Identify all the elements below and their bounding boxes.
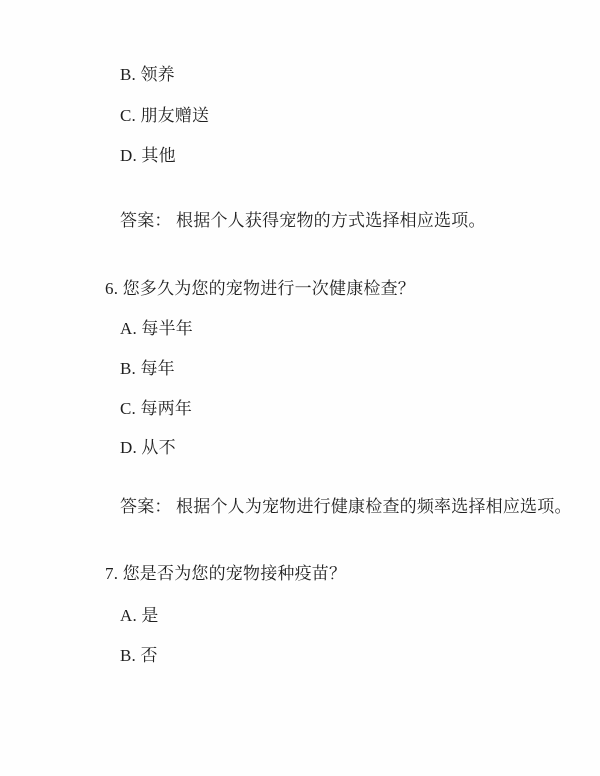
question-7-option-a: A. 是: [120, 606, 159, 626]
question-6-option-b: B. 每年: [120, 359, 175, 379]
question-6-answer: 答案： 根据个人为宠物进行健康检查的频率选择相应选项。: [120, 497, 572, 517]
question-5-option-c: C. 朋友赠送: [120, 106, 209, 126]
question-7-option-b: B. 否: [120, 646, 158, 666]
document-page: B. 领养 C. 朋友赠送 D. 其他 答案： 根据个人获得宠物的方式选择相应选…: [0, 0, 600, 776]
question-5-option-d: D. 其他: [120, 146, 176, 166]
question-6-title: 6. 您多久为您的宠物进行一次健康检查？: [105, 279, 415, 299]
question-5-answer: 答案： 根据个人获得宠物的方式选择相应选项。: [120, 211, 486, 231]
question-6-option-c: C. 每两年: [120, 399, 192, 419]
question-7-title: 7. 您是否为您的宠物接种疫苗？: [105, 564, 346, 584]
question-6-option-d: D. 从不: [120, 438, 176, 458]
question-5-option-b: B. 领养: [120, 65, 175, 85]
question-6-option-a: A. 每半年: [120, 319, 193, 339]
